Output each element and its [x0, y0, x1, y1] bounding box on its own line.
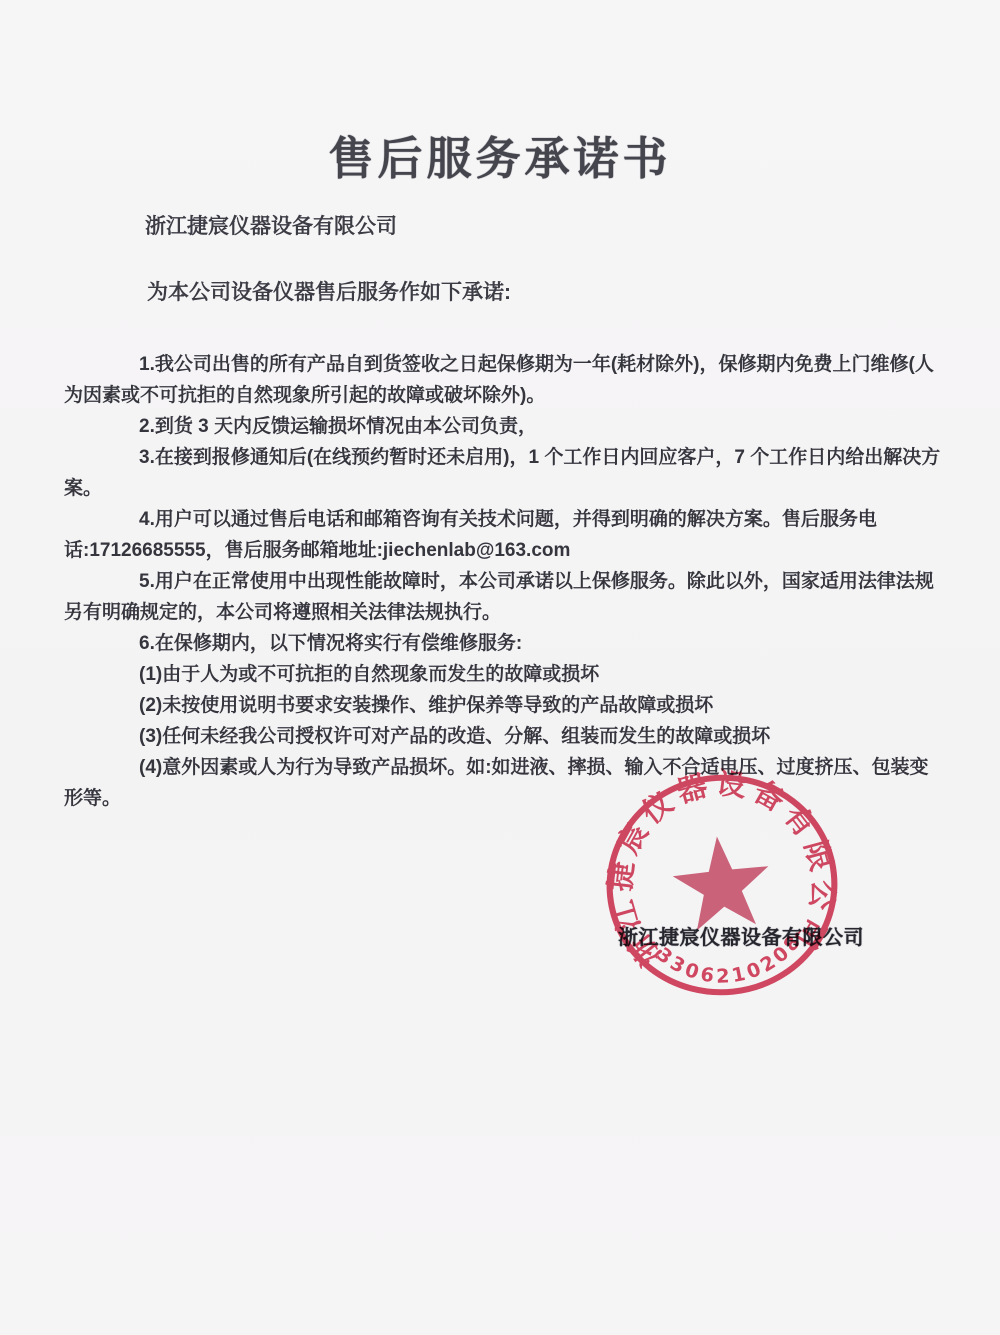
clause-2: 2.到货 3 天内反馈运输损坏情况由本公司负责，	[64, 411, 941, 442]
company-seal: 浙江捷宸仪器设备有限公司 330621020895	[596, 763, 848, 1007]
clause-6: 6.在保修期内，以下情况将实行有偿维修服务:	[64, 628, 941, 659]
star-icon	[669, 831, 774, 932]
clause-4: 4.用户可以通过售后电话和邮箱咨询有关技术问题，并得到明确的解决方案。售后服务电…	[64, 504, 941, 566]
intro-line: 为本公司设备仪器售后服务作如下承诺:	[147, 276, 511, 306]
clause-5: 5.用户在正常使用中出现性能故障时，本公司承诺以上保修服务。除此以外，国家适用法…	[64, 566, 941, 628]
clause-6-2: (2)未按使用说明书要求安装操作、维护保养等导致的产品故障或损坏	[64, 690, 941, 721]
clause-6-1: (1)由于人为或不可抗拒的自然现象而发生的故障或损坏	[64, 659, 941, 690]
document-page: 售后服务承诺书 浙江捷宸仪器设备有限公司 为本公司设备仪器售后服务作如下承诺: …	[0, 0, 1000, 1335]
page-title: 售后服务承诺书	[0, 122, 1000, 187]
clause-3: 3.在接到报修通知后(在线预约暂时还未启用)，1 个工作日内回应客户，7 个工作…	[64, 442, 941, 504]
clause-1: 1.我公司出售的所有产品自到货签收之日起保修期为一年(耗材除外)，保修期内免费上…	[64, 349, 941, 411]
document-body: 1.我公司出售的所有产品自到货签收之日起保修期为一年(耗材除外)，保修期内免费上…	[64, 349, 941, 814]
clause-6-3: (3)任何未经我公司授权许可对产品的改造、分解、组装而发生的故障或损坏	[64, 721, 941, 752]
company-name: 浙江捷宸仪器设备有限公司	[145, 210, 397, 240]
